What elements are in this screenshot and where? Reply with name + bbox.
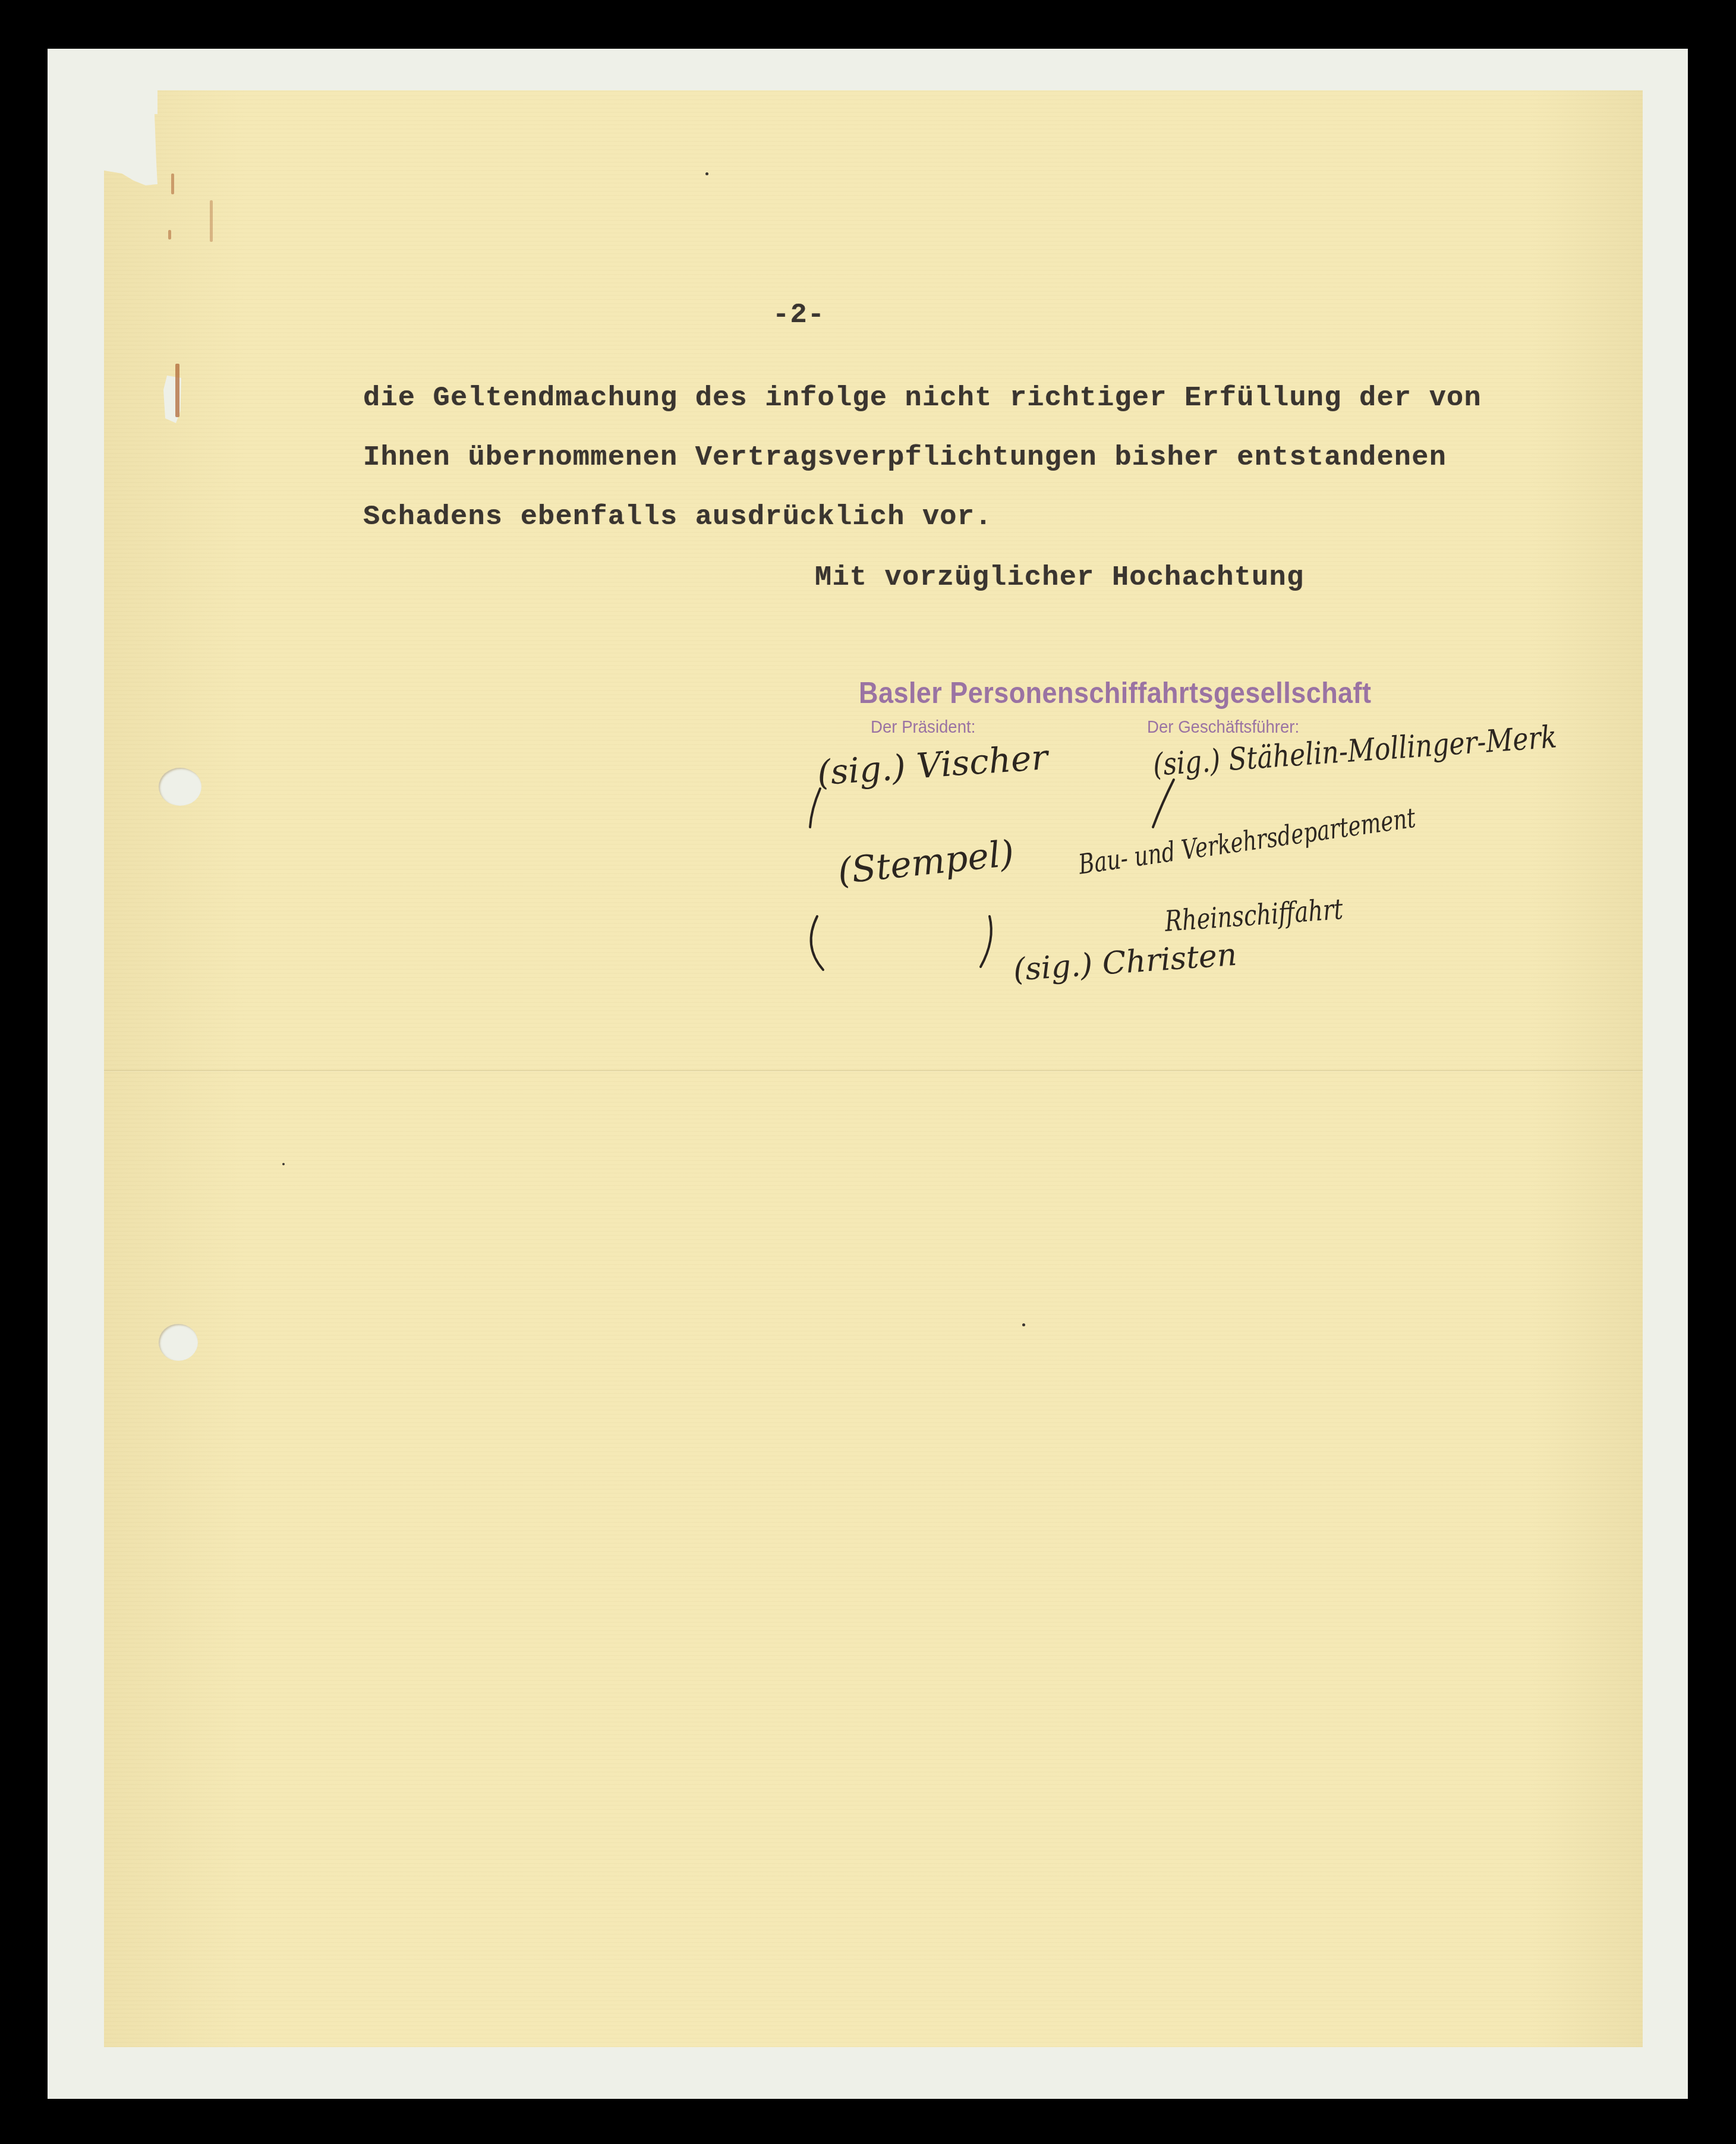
ink-speck xyxy=(705,172,708,175)
punch-hole-top xyxy=(159,768,201,806)
company-stamp: Basler Personenschiffahrtsgesellschaft xyxy=(859,676,1371,710)
ink-speck xyxy=(1022,1323,1025,1326)
signature-flourish-icon xyxy=(805,738,1637,1035)
fold-line xyxy=(104,1070,1643,1071)
stamp-label-manager: Der Geschäftsführer: xyxy=(1147,717,1299,737)
page-number: -2- xyxy=(773,301,825,329)
body-line: Ihnen übernommenen Vertragsverpflichtung… xyxy=(363,444,1447,472)
stamp-label-president: Der Präsident: xyxy=(871,717,975,737)
ink-speck xyxy=(282,1163,285,1165)
rust-mark xyxy=(168,230,171,239)
closing-salutation: Mit vorzüglicher Hochachtung xyxy=(815,564,1304,592)
body-line: Schadens ebenfalls ausdrücklich vor. xyxy=(363,503,993,531)
letter-page: -2- die Geltendmachung des infolge nicht… xyxy=(104,90,1643,2047)
body-line: die Geltendmachung des infolge nicht ric… xyxy=(363,384,1482,412)
punch-hole-bottom xyxy=(159,1324,198,1361)
rust-mark xyxy=(175,364,179,417)
rust-mark xyxy=(171,174,174,194)
rust-mark xyxy=(210,200,213,242)
